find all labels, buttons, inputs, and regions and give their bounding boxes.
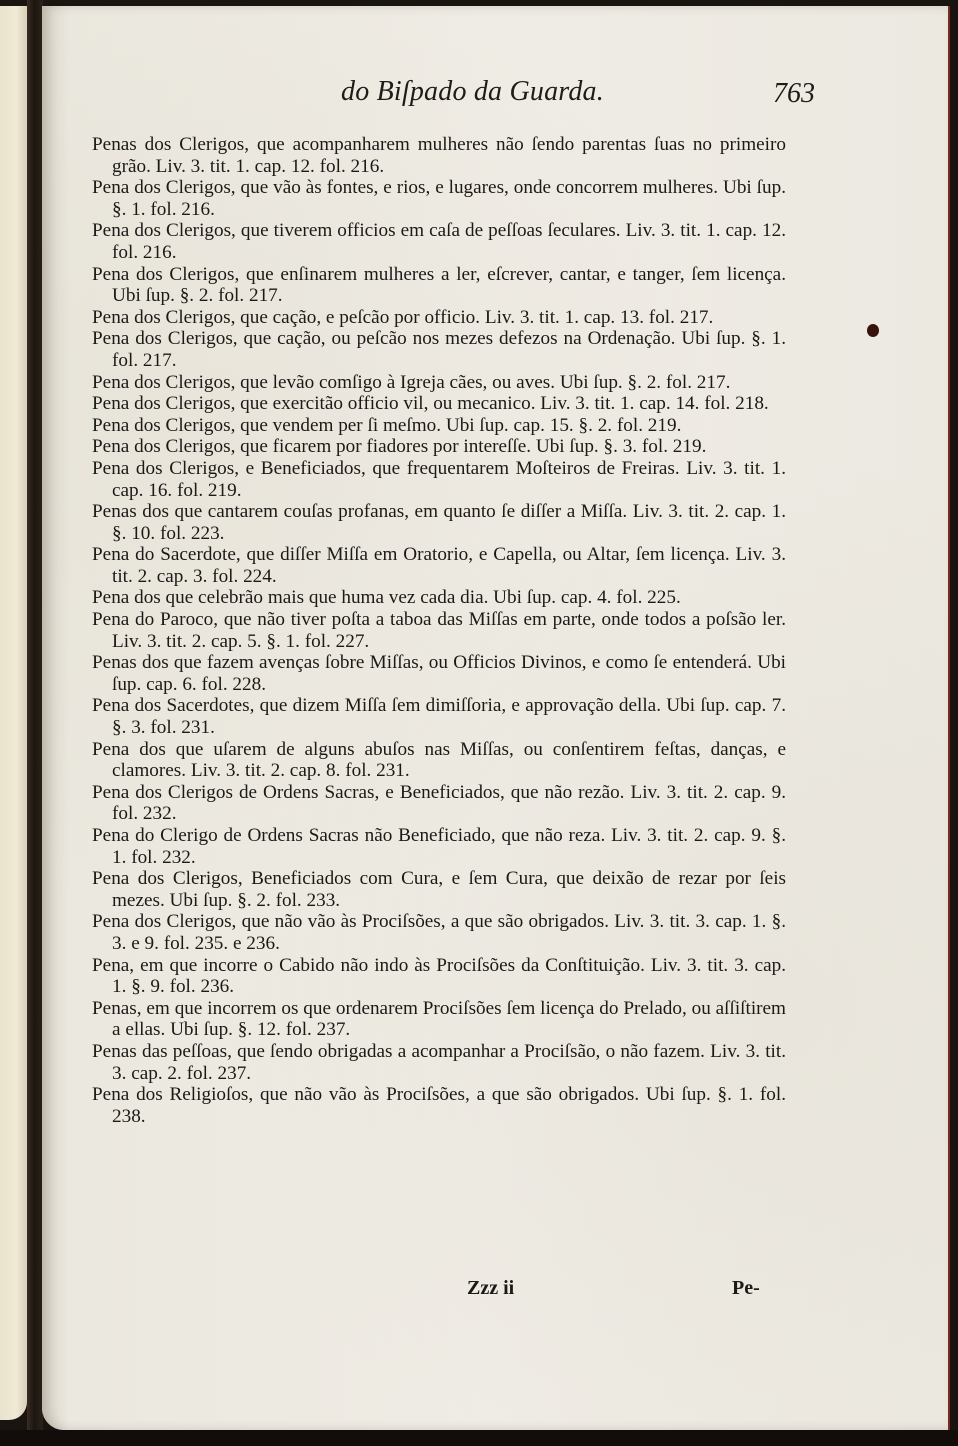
scan-border [0, 1430, 958, 1446]
index-entry: Penas, em que incorrem os que ordenarem … [92, 998, 786, 1041]
index-entry: Pena dos Clerigos, que levão comſigo à I… [92, 372, 786, 394]
index-entry: Pena dos Clerigos, que tiverem officios … [92, 220, 786, 263]
index-entry: Pena dos Sacerdotes, que dizem Miſſa ſem… [92, 695, 786, 738]
book-page: do Biſpado da Guarda. 763 Penas dos Cler… [42, 6, 950, 1430]
index-entry: Penas dos Clerigos, que acompanharem mul… [92, 134, 786, 177]
index-entry: Pena dos Clerigos de Ordens Sacras, e Be… [92, 782, 786, 825]
index-entry: Pena dos Clerigos, que cação, ou peſcão … [92, 328, 786, 371]
book-gutter [27, 0, 43, 1446]
ink-stain [867, 324, 879, 337]
index-entry: Pena dos Clerigos, que ficarem por fiado… [92, 436, 786, 458]
index-entry: Pena dos Clerigos, que enſinarem mulhere… [92, 264, 786, 307]
index-entry: Pena do Paroco, que não tiver poſta a ta… [92, 609, 786, 652]
index-entry: Pena dos Clerigos, que não vão às Prociſ… [92, 911, 786, 954]
page-header: do Biſpado da Guarda. 763 [298, 76, 798, 116]
index-entry: Pena do Clerigo de Ordens Sacras não Ben… [92, 825, 786, 868]
index-entry: Pena dos Religioſos, que não vão às Proc… [92, 1084, 786, 1127]
index-entry: Pena dos Clerigos, Beneficiados com Cura… [92, 868, 786, 911]
index-entry: Pena, em que incorre o Cabido não indo à… [92, 955, 786, 998]
catchword: Pe- [732, 1277, 760, 1300]
index-entry: Penas dos que cantarem couſas profanas, … [92, 501, 786, 544]
previous-page-edge [0, 6, 27, 1420]
page-footer: Zzz ii Pe- [42, 1277, 948, 1307]
index-entries: Penas dos Clerigos, que acompanharem mul… [92, 134, 786, 1127]
index-entry: Pena dos Clerigos, que cação, e peſcão p… [92, 307, 786, 329]
index-entry: Pena dos que celebrão mais que huma vez … [92, 587, 786, 609]
index-entry: Pena do Sacerdote, que diſſer Miſſa em O… [92, 544, 786, 587]
index-entry: Pena dos Clerigos, que vão às fontes, e … [92, 177, 786, 220]
page-number: 763 [773, 78, 815, 110]
index-entry: Penas dos que fazem avenças ſobre Miſſas… [92, 652, 786, 695]
index-entry: Penas das peſſoas, que ſendo obrigadas a… [92, 1041, 786, 1084]
running-head: do Biſpado da Guarda. [341, 76, 604, 108]
index-entry: Pena dos Clerigos, que exercitão officio… [92, 393, 786, 415]
index-entry: Pena dos Clerigos, e Beneficiados, que f… [92, 458, 786, 501]
index-entry: Pena dos Clerigos, que vendem per ſi meſ… [92, 415, 786, 437]
index-entry: Pena dos que uſarem de alguns abuſos nas… [92, 739, 786, 782]
signature-mark: Zzz ii [467, 1277, 514, 1300]
